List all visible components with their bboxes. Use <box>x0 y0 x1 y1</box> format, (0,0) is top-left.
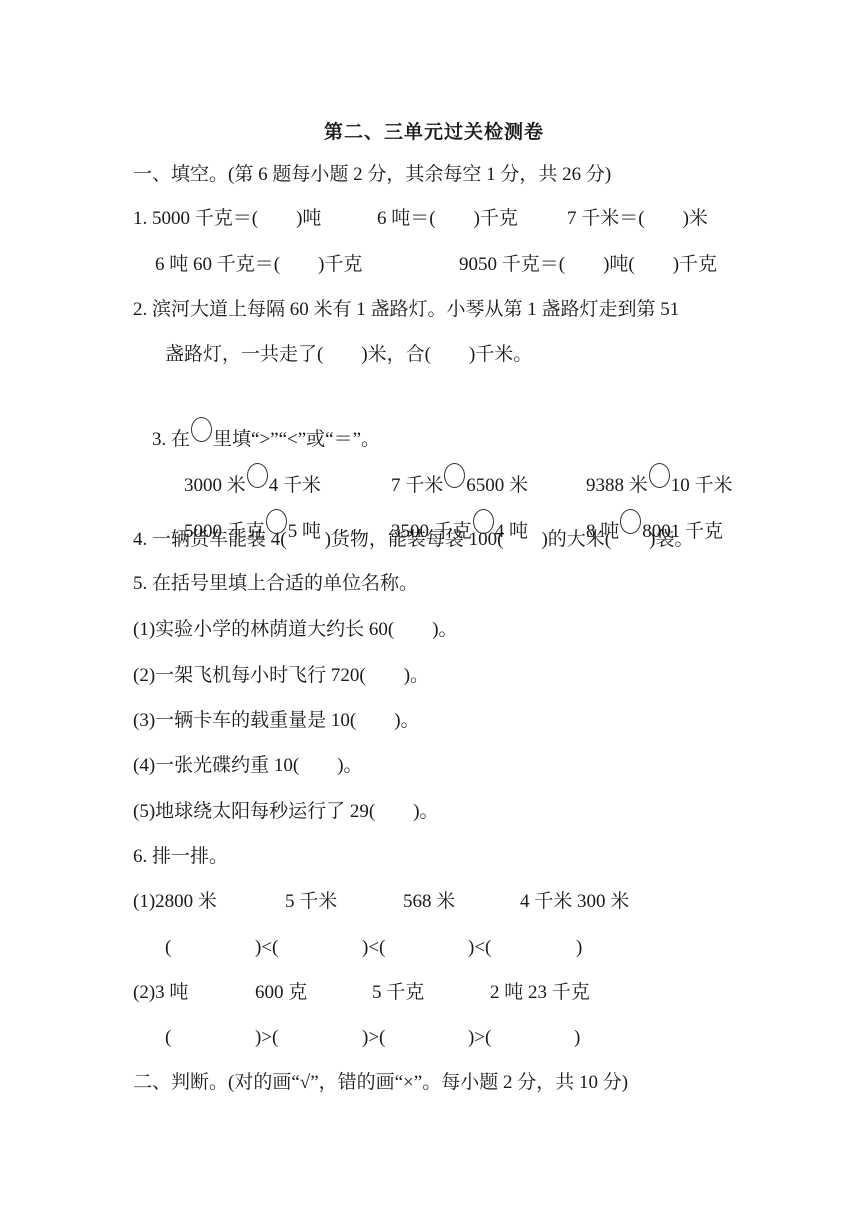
q6-part2-answer[interactable]: ( )>( )>( )>( ) <box>0 1026 10 1050</box>
q6-part2-values: (2)3 吨 600 克 5 千克 2 吨 23 千克 <box>0 981 10 1005</box>
q5-item-5[interactable]: (5)地球绕太阳每秒运行了 29( )。 <box>0 800 10 824</box>
q1-blank-4[interactable]: 6 吨 60 千克＝( )千克 <box>155 253 362 277</box>
q1-blank-1[interactable]: 1. 5000 千克＝( )吨 <box>133 207 321 231</box>
compare-item: 5000 千克5 吨 <box>165 485 321 568</box>
section1-header: 一、填空。(第 6 题每小题 2 分，其余每空 1 分，共 26 分) <box>0 163 10 187</box>
question-2-line-2[interactable]: 盏路灯，一共走了( )米，合( )千米。 <box>0 343 10 367</box>
section2-header: 二、判断。(对的画“√”，错的画“×”。每小题 2 分，共 10 分) <box>0 1071 10 1095</box>
q2-blanks[interactable]: 盏路灯，一共走了( )米，合( )千米。 <box>165 343 532 367</box>
q5-item-4[interactable]: (4)一张光碟约重 10( )。 <box>0 754 10 778</box>
page-title: 第二、三单元过关检测卷 <box>0 117 868 144</box>
question-6-prompt: 6. 排一排。 <box>0 845 10 869</box>
q1-blank-2[interactable]: 6 吨＝( )千克 <box>377 207 518 231</box>
q5-item-3[interactable]: (3)一辆卡车的载重量是 10( )。 <box>0 709 10 733</box>
question-1-line-1: 1. 5000 千克＝( )吨 6 吨＝( )千克 7 千米＝( )米 <box>0 207 10 231</box>
question-2-line-1: 2. 滨河大道上每隔 60 米有 1 盏路灯。小琴从第 1 盏路灯走到第 51 <box>0 298 10 322</box>
q5-item-1[interactable]: (1)实验小学的林荫道大约长 60( )。 <box>0 618 10 642</box>
q6-part1-answer[interactable]: ( )<( )<( )<( ) <box>0 936 10 960</box>
question-3-row-1: 3000 米4 千米 7 千米6500 米 9388 米10 千米 <box>0 439 10 463</box>
question-5-prompt: 5. 在括号里填上合适的单位名称。 <box>0 572 10 596</box>
q5-item-2[interactable]: (2)一架飞机每小时飞行 720( )。 <box>0 664 10 688</box>
question-1-line-2: 6 吨 60 千克＝( )千克 9050 千克＝( )吨( )千克 <box>0 253 10 277</box>
question-3-row-2: 5000 千克5 吨 3500 千克4 吨 8 吨8001 千克 <box>0 485 10 509</box>
q6-part1-values: (1)2800 米 5 千米 568 米 4 千米 300 米 <box>0 890 10 914</box>
question-4[interactable]: 4. 一辆货车能装 4( )货物，能装每袋 100( )的大米( )袋。 <box>0 528 10 552</box>
compare-item: 3500 千克4 吨 <box>372 485 528 568</box>
compare-item: 8 吨8001 千克 <box>567 485 723 568</box>
question-3-prompt: 3. 在里填“>”“<”或“＝”。 <box>0 393 10 417</box>
q1-blank-3[interactable]: 7 千米＝( )米 <box>567 207 708 231</box>
q1-blank-5[interactable]: 9050 千克＝( )吨( )千克 <box>459 253 717 277</box>
